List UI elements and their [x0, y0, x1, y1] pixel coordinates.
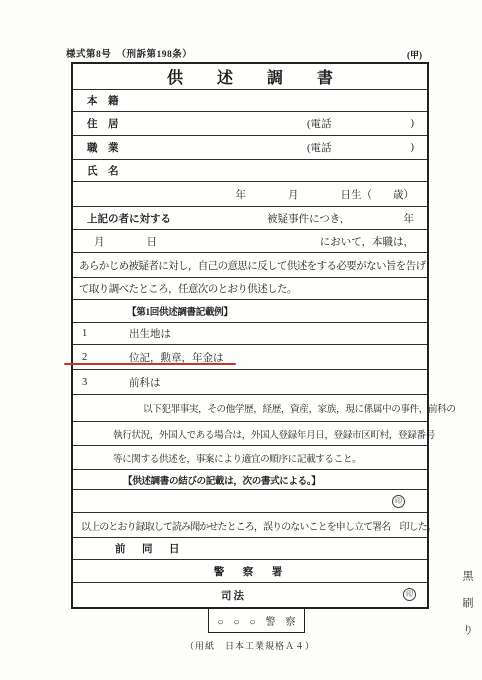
example-heading-row: 【第1回供述調書記載例】: [73, 300, 427, 323]
note-line2-row: 執行状況，外国人である場合は，外国人登録年月日，登録市区町村，登録番号: [73, 422, 427, 446]
closing-heading-row: 【供述調書の結びの記載は，次の書式による。】: [73, 470, 427, 490]
form-number: 様式第8号 （刑訴第198条）: [66, 46, 192, 60]
note-line3-row: 等に関する供述を，事案により適宜の順序に記載すること。: [73, 446, 427, 470]
item-text: 前科は: [129, 375, 161, 390]
seal-icon: 印: [392, 495, 405, 508]
residence-label: 住 居: [73, 116, 119, 131]
seal-icon: 印: [403, 588, 416, 601]
closing-heading: 【供述調書の結びの記載は，次の書式による。】: [123, 473, 320, 487]
sheet-mark: (甲): [407, 48, 422, 61]
police-station-row: 警 察 署: [73, 560, 427, 583]
registered-domicile-row: 本 籍: [73, 90, 427, 112]
birthdate-row: 年 月 日生（ 歳）: [73, 182, 427, 207]
police-name-tab: ○ ○ ○ 警 察: [208, 609, 305, 633]
signature-seal-row: 印: [73, 490, 427, 513]
note-line1: 以下犯罪事実，その他学歴，経歴，資産，家族，現に係属中の事件，前科の: [143, 401, 456, 415]
attestation-row: 以上のとおり録取して読み聞かせたところ，誤りのないことを申し立て署名 印した。: [73, 513, 427, 538]
case-year-suffix: 年: [404, 211, 415, 226]
item-row-3: 3 前科は: [73, 370, 427, 395]
paper-spec-note: （用紙 日本工業規格Ａ４）: [71, 639, 429, 652]
suspect-prefix: 上記の者に対する: [73, 211, 171, 226]
red-underline-mark: [64, 363, 236, 366]
birthdate-line: 年 月 日生（ 歳）: [236, 187, 415, 202]
item-number: 2: [73, 352, 129, 363]
statement-form-table: 供 述 調 書 本 籍 住 居 (電話 ) 職 業 (電話 ) 氏 名 年 月 …: [71, 62, 429, 609]
residence-phone-close: ): [411, 118, 415, 129]
advisory-line1: あらかじめ被疑者に対し，自己の意思に反して供述をする必要がない旨を告げ: [79, 258, 426, 273]
item-row-2: 2 位記，勲章，年金は: [73, 345, 427, 370]
month-day-blanks: 月 日: [73, 234, 157, 249]
previous-date: 前 同 日: [73, 541, 183, 556]
occupation-label: 職 業: [73, 140, 119, 155]
margin-note-vertical: 黒刷り: [459, 570, 475, 651]
registered-domicile-label: 本 籍: [73, 93, 119, 108]
advisory-line2-row: て取り調べたところ，任意次のとおり供述した。: [73, 278, 427, 300]
item-number: 1: [73, 328, 129, 339]
advisory-line2: て取り調べたところ，任意次のとおり供述した。: [79, 281, 297, 296]
example-heading: 【第1回供述調書記載例】: [127, 304, 233, 318]
item-text: 出生地は: [129, 326, 171, 341]
case-row: 上記の者に対する 被疑事件につき， 年: [73, 207, 427, 230]
document-title: 供 述 調 書: [158, 65, 342, 88]
attestation-line: 以上のとおり録取して読み聞かせたところ，誤りのないことを申し立て署名 印した。: [81, 518, 436, 533]
occupation-phone-label: (電話: [307, 140, 332, 155]
residence-phone-label: (電話: [307, 116, 332, 131]
judicial-label: 司法: [221, 588, 246, 603]
occupation-row: 職 業 (電話 ): [73, 136, 427, 160]
note-line2: 執行状況，外国人である場合は，外国人登録年月日，登録市区町村，登録番号: [113, 427, 435, 441]
residence-row: 住 居 (電話 ): [73, 112, 427, 136]
name-label: 氏 名: [73, 163, 119, 178]
case-phrase: 被疑事件につき，: [267, 211, 350, 226]
item-number: 3: [73, 377, 129, 388]
place-phrase: において，本職は，: [320, 234, 414, 249]
note-line3: 等に関する供述を，事案により適宜の順序に記載すること。: [113, 451, 361, 465]
judicial-officer-row: 司法 印: [73, 583, 427, 607]
name-row: 氏 名: [73, 160, 427, 182]
advisory-line1-row: あらかじめ被疑者に対し，自己の意思に反して供述をする必要がない旨を告げ: [73, 253, 427, 278]
police-station-label: 警 察 署: [214, 564, 287, 579]
police-tab-label: ○ ○ ○ 警 察: [217, 613, 295, 628]
interrogation-date-row: 月 日 において，本職は，: [73, 230, 427, 253]
scanned-form-page: 様式第8号 （刑訴第198条） (甲) 供 述 調 書 本 籍 住 居 (電話 …: [0, 0, 482, 680]
item-row-1: 1 出生地は: [73, 323, 427, 345]
note-line1-row: 以下犯罪事実，その他学歴，経歴，資産，家族，現に係属中の事件，前科の: [73, 395, 427, 422]
title-row: 供 述 調 書: [73, 64, 427, 90]
previous-date-row: 前 同 日: [73, 538, 427, 560]
occupation-phone-close: ): [411, 142, 415, 153]
